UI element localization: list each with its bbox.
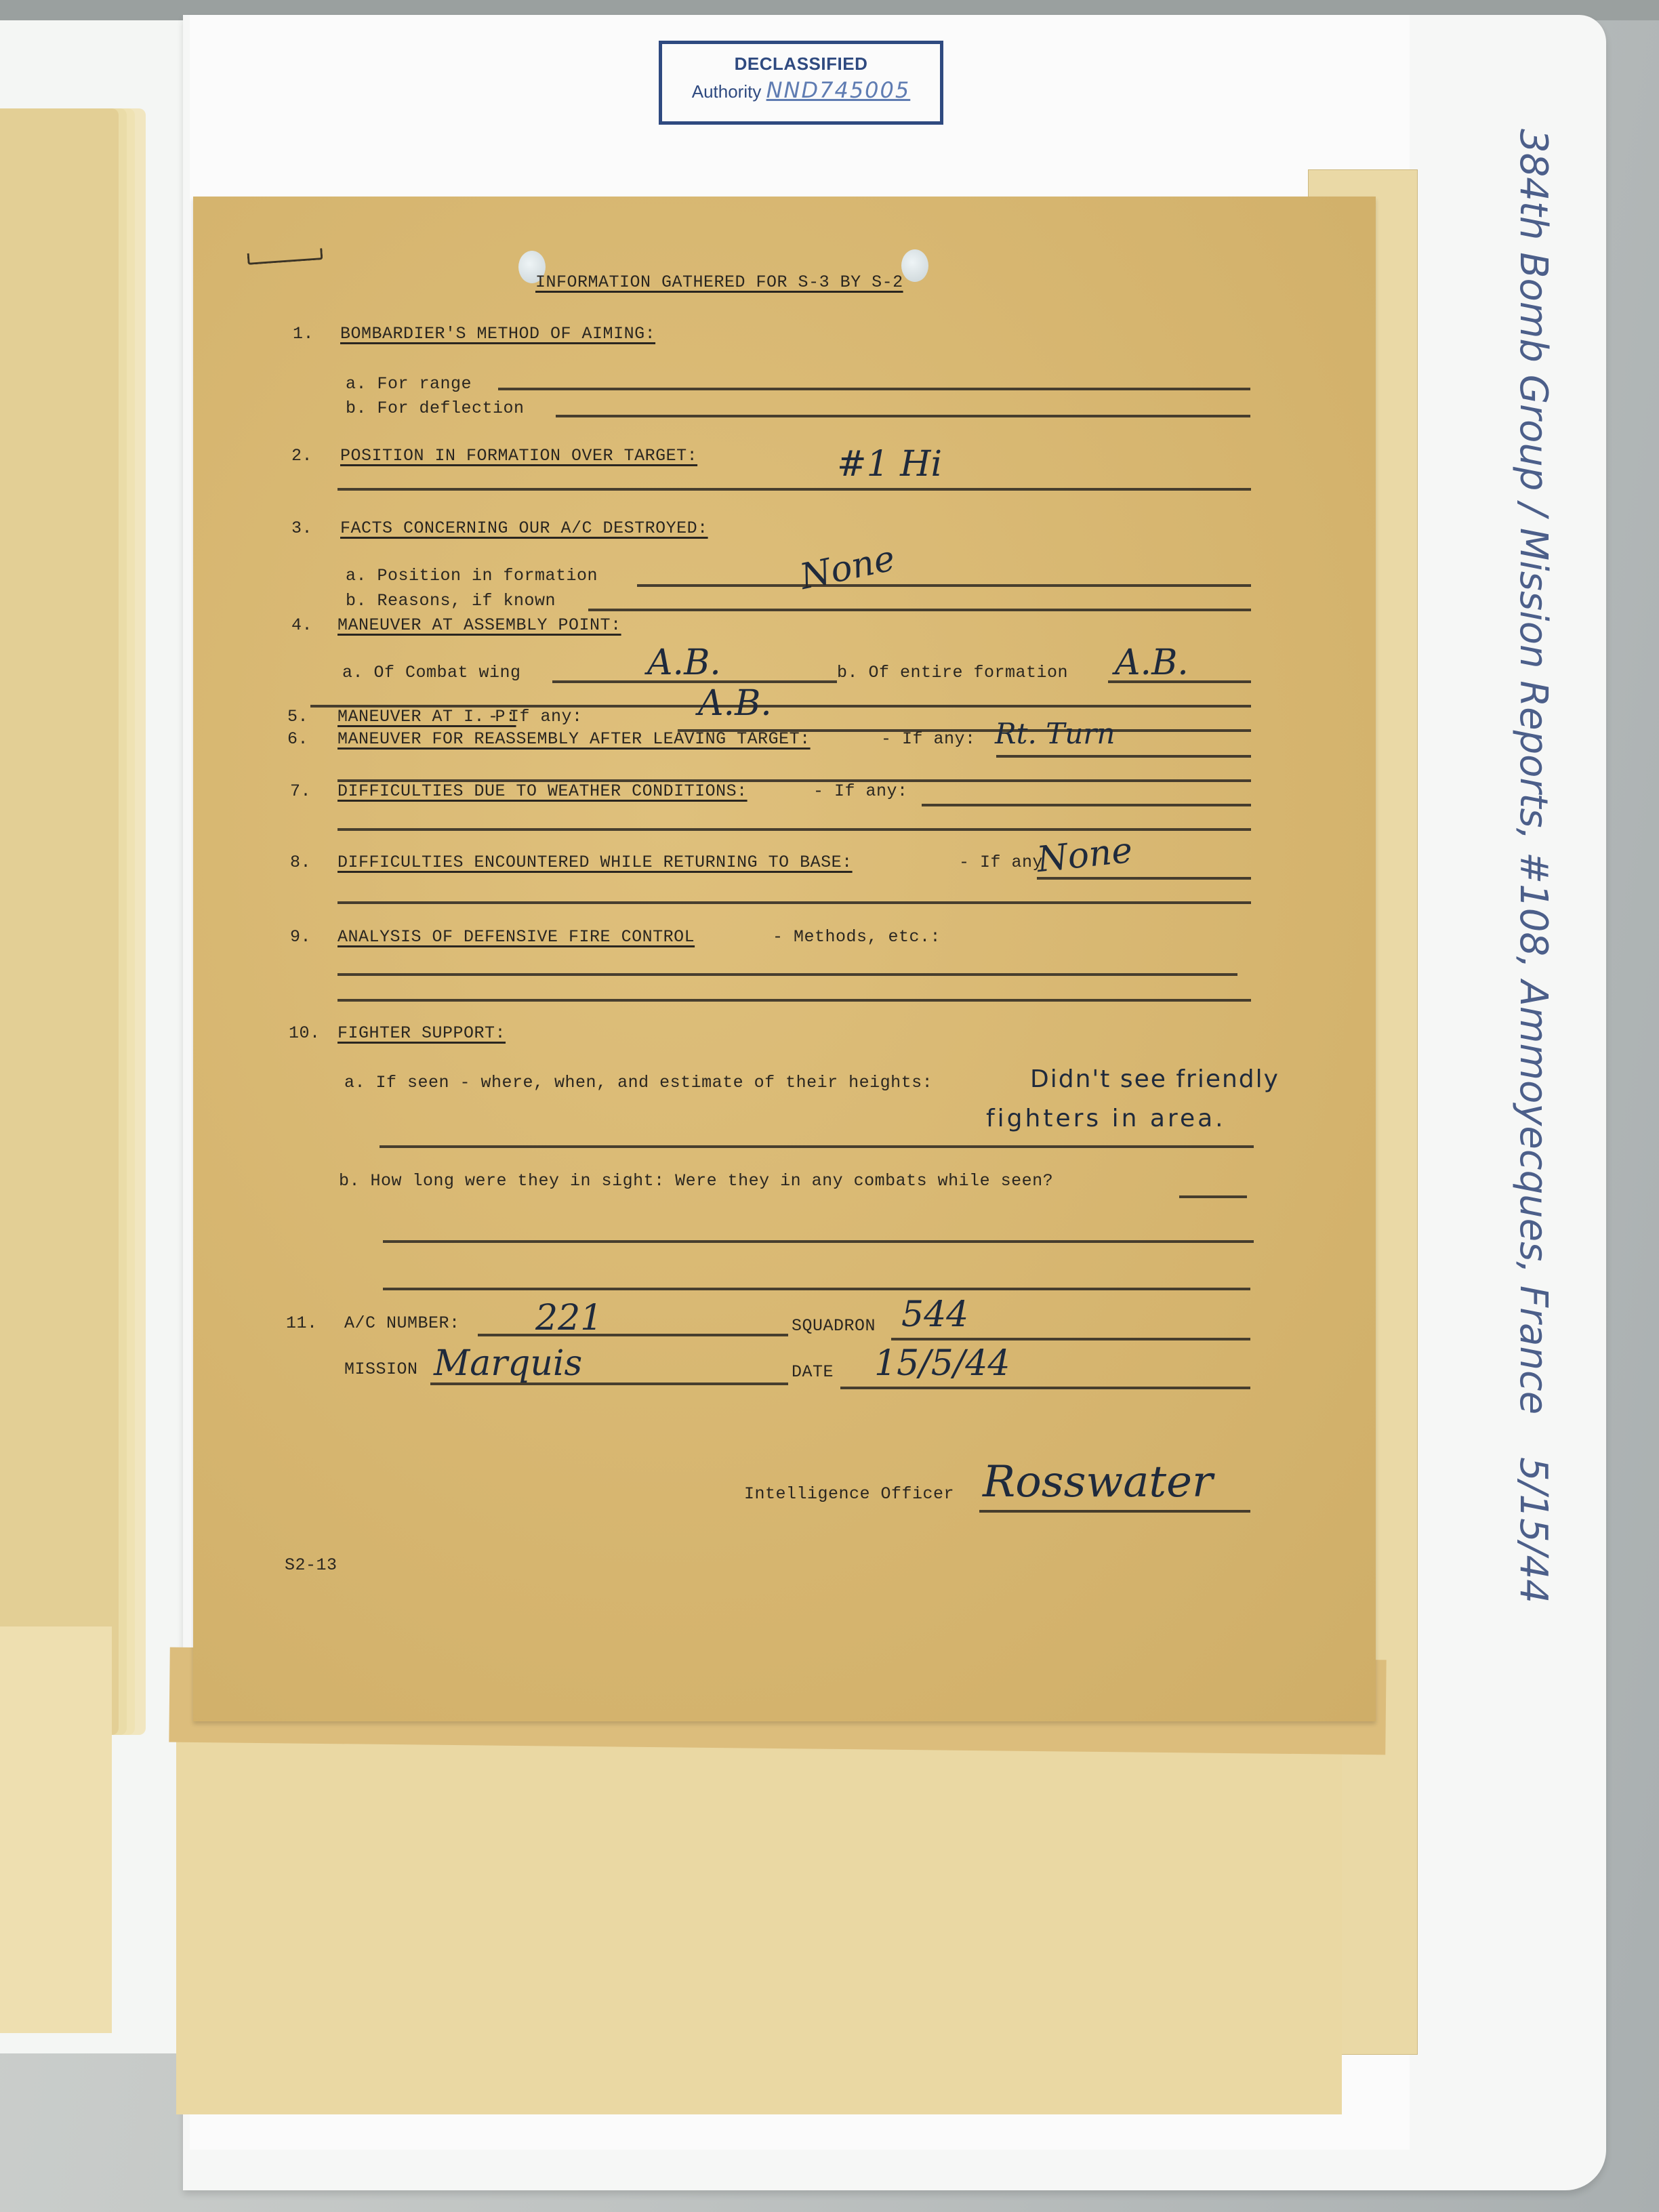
- ac-number-value: 221: [535, 1298, 602, 1338]
- item-4-heading: MANEUVER AT ASSEMBLY POINT:: [337, 615, 621, 635]
- item-11-number: 11.: [286, 1313, 318, 1333]
- item-7-number: 7.: [290, 781, 311, 801]
- item-1-heading: BOMBARDIER'S METHOD OF AIMING:: [340, 324, 655, 344]
- form-title: INFORMATION GATHERED FOR S-3 BY S-2: [535, 272, 903, 292]
- item-8-suffix: - If any: [959, 853, 1043, 872]
- item-2-number: 2.: [291, 446, 312, 466]
- side-annotation: 384th Bomb Group / Mission Reports, #108…: [1511, 129, 1555, 1414]
- item-4a-field[interactable]: [552, 680, 837, 683]
- adjacent-paper-stack-bottom: [0, 1626, 112, 2033]
- squadron-label: SQUADRON: [792, 1316, 876, 1336]
- item-8-number: 8.: [290, 853, 311, 872]
- side-annotation-date: 5/15/44: [1511, 1457, 1555, 1603]
- item-10b-field[interactable]: [1179, 1195, 1247, 1198]
- item-10a-field[interactable]: [380, 1145, 1254, 1148]
- item-1a-label: a. For range: [346, 374, 472, 394]
- mission-field[interactable]: [430, 1382, 788, 1385]
- item-8-field-2[interactable]: [337, 901, 1251, 904]
- item-5-value: A.B.: [698, 683, 772, 724]
- form-code: S2-13: [285, 1555, 337, 1575]
- item-1a-field[interactable]: [498, 388, 1250, 390]
- item-8-field[interactable]: [1037, 877, 1251, 880]
- squadron-field[interactable]: [891, 1338, 1250, 1340]
- item-4-number: 4.: [291, 615, 312, 635]
- item-2-heading: POSITION IN FORMATION OVER TARGET:: [340, 446, 697, 466]
- item-8-heading: DIFFICULTIES ENCOUNTERED WHILE RETURNING…: [337, 853, 853, 872]
- item-4b-field[interactable]: [1108, 680, 1251, 683]
- item-6-heading: MANEUVER FOR REASSEMBLY AFTER LEAVING TA…: [337, 729, 811, 749]
- item-10a-value: Didn't see friendly: [1030, 1065, 1279, 1093]
- item-10-number: 10.: [289, 1023, 321, 1043]
- item-6-suffix: - If any:: [881, 729, 976, 749]
- item-9-suffix: - Methods, etc.:: [773, 927, 941, 947]
- ac-number-field[interactable]: [478, 1334, 788, 1336]
- item-4a-value: A.B.: [647, 642, 721, 683]
- paper-underneath: [176, 1735, 1342, 2114]
- item-5-number: 5.: [287, 707, 308, 726]
- item-7-suffix: - If any:: [813, 781, 908, 801]
- item-1b-field[interactable]: [556, 415, 1250, 417]
- date-label: DATE: [792, 1362, 834, 1382]
- item-10b-field-2[interactable]: [383, 1240, 1254, 1243]
- item-3-heading: FACTS CONCERNING OUR A/C DESTROYED:: [340, 518, 708, 538]
- mission-label: MISSION: [344, 1359, 418, 1379]
- item-6-number: 6.: [287, 729, 308, 749]
- item-9-number: 9.: [290, 927, 311, 947]
- item-4a-label: a. Of Combat wing: [342, 663, 521, 682]
- item-4b-value: A.B.: [1115, 642, 1189, 683]
- date-field[interactable]: [840, 1387, 1250, 1389]
- item-2-field[interactable]: [337, 488, 1251, 491]
- adjacent-paper-stack: [0, 108, 119, 1735]
- item-10a-label: a. If seen - where, when, and estimate o…: [344, 1073, 933, 1092]
- item-9-field-2[interactable]: [337, 999, 1251, 1002]
- item-3b-label: b. Reasons, if known: [346, 591, 556, 611]
- item-10b-field-3[interactable]: [383, 1288, 1250, 1290]
- item-7-field-2[interactable]: [337, 828, 1251, 831]
- officer-label: Intelligence Officer: [744, 1484, 954, 1504]
- item-9-field[interactable]: [337, 973, 1237, 976]
- item-3a-field[interactable]: [637, 584, 1251, 587]
- item-7-heading: DIFFICULTIES DUE TO WEATHER CONDITIONS:: [337, 781, 747, 801]
- punch-hole-icon: [901, 249, 928, 282]
- item-6-field[interactable]: [996, 755, 1251, 758]
- item-2-value: #1 Hi: [837, 444, 942, 485]
- item-4b-label: b. Of entire formation: [837, 663, 1068, 682]
- stamp-authority-label: Authority: [692, 81, 762, 102]
- item-10-heading: FIGHTER SUPPORT:: [337, 1023, 506, 1043]
- item-1b-label: b. For deflection: [346, 398, 525, 418]
- officer-signature-field[interactable]: [979, 1510, 1250, 1513]
- item-5-suffix: - If any:: [488, 707, 583, 726]
- declassified-stamp: DECLASSIFIED Authority NND745005: [659, 41, 943, 125]
- officer-signature: Rosswater: [983, 1457, 1213, 1507]
- item-6-value: Rt. Turn: [995, 717, 1115, 750]
- date-value: 15/5/44: [874, 1343, 1010, 1384]
- item-9-heading: ANALYSIS OF DEFENSIVE FIRE CONTROL: [337, 927, 695, 947]
- stamp-title: DECLASSIFIED: [662, 54, 940, 75]
- mission-value: Marquis: [434, 1343, 582, 1384]
- item-10b-label: b. How long were they in sight: Were the…: [339, 1171, 1053, 1191]
- item-3a-label: a. Position in formation: [346, 566, 598, 586]
- stamp-authority-value: NND745005: [766, 77, 911, 103]
- stamp-authority: Authority NND745005: [662, 77, 940, 103]
- item-3b-field[interactable]: [588, 609, 1251, 611]
- item-3-number: 3.: [291, 518, 312, 538]
- ac-number-label: A/C NUMBER:: [344, 1313, 460, 1333]
- squadron-value: 544: [901, 1294, 968, 1335]
- item-10a-value-line2: fighters in area.: [986, 1105, 1226, 1132]
- item-1-number: 1.: [293, 324, 314, 344]
- item-7-field[interactable]: [922, 804, 1251, 806]
